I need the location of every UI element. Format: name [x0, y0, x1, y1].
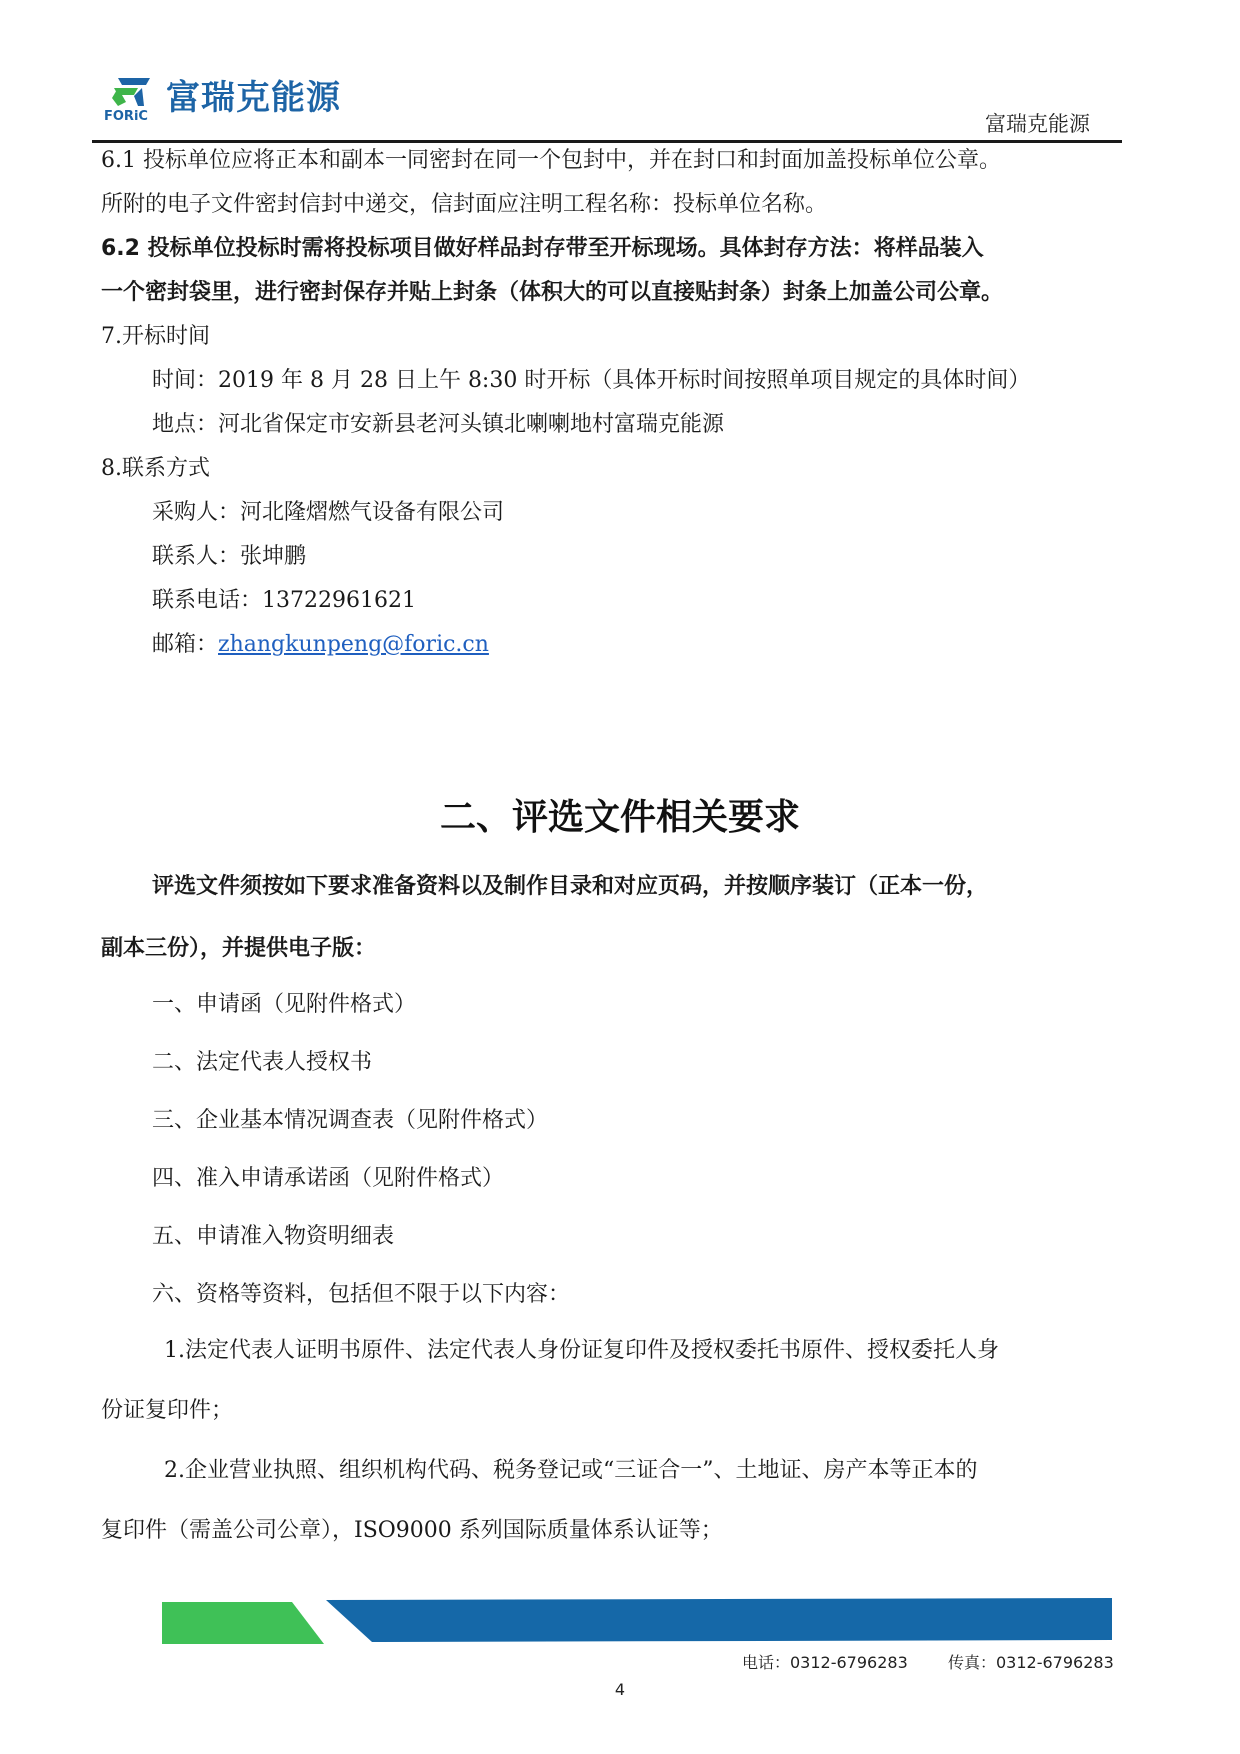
- footer-phone: 电话：0312-6796283: [742, 1650, 908, 1673]
- header-divider: [92, 140, 1122, 143]
- requirement-item: 一、申请函（见附件格式）: [152, 990, 416, 1020]
- svg-text:FORiC: FORiC: [104, 109, 148, 122]
- requirement-item: 六、资格等资料，包括但不限于以下内容：: [152, 1280, 570, 1310]
- opening-time: 时间：2019 年 8 月 28 日上午 8:30 时开标（具体开标时间按照单项…: [152, 366, 1030, 396]
- section-title: 二、评选文件相关要求: [0, 796, 1240, 840]
- buyer: 采购人：河北隆熠燃气设备有限公司: [152, 498, 504, 528]
- qualification-2-line-1: 2.企业营业执照、组织机构代码、税务登记或“三证合一”、土地证、房产本等正本的: [164, 1456, 978, 1486]
- qualification-1-line-2: 份证复印件；: [101, 1396, 233, 1426]
- email-label: 邮箱：: [152, 632, 218, 657]
- requirement-item: 二、法定代表人授权书: [152, 1048, 372, 1078]
- contact-heading: 8.联系方式: [101, 454, 210, 484]
- clause-6-1-line-2: 所附的电子文件密封信封中递交，信封面应注明工程名称：投标单位名称。: [101, 190, 827, 220]
- requirement-item: 四、准入申请承诺函（见附件格式）: [152, 1164, 504, 1194]
- clause-6-2-line-1: 6.2 投标单位投标时需将投标项目做好样品封存带至开标现场。具体封存方法：将样品…: [101, 234, 984, 264]
- opening-location: 地点：河北省保定市安新县老河头镇北喇喇地村富瑞克能源: [152, 410, 724, 440]
- clause-6-2-line-2: 一个密封袋里，进行密封保存并贴上封条（体积大的可以直接贴封条）封条上加盖公司公章…: [101, 278, 1003, 308]
- footer-fax: 传真：0312-6796283: [948, 1650, 1114, 1673]
- opening-time-heading: 7.开标时间: [101, 322, 210, 352]
- brand-name: 富瑞克能源: [166, 78, 341, 118]
- footer-color-bar: [162, 1598, 1112, 1644]
- contact-email-row: 邮箱：zhangkunpeng@foric.cn: [152, 630, 489, 660]
- header-company-name: 富瑞克能源: [985, 108, 1090, 138]
- contact-phone: 联系电话：13722961621: [152, 586, 416, 616]
- page-number: 4: [0, 1680, 1240, 1699]
- foric-logo-icon: FORiC: [104, 76, 164, 122]
- qualification-2-line-2: 复印件（需盖公司公章），ISO9000 系列国际质量体系认证等；: [101, 1516, 723, 1546]
- requirements-intro-line-2: 副本三份），并提供电子版：: [101, 934, 376, 964]
- qualification-1-line-1: 1.法定代表人证明书原件、法定代表人身份证复印件及授权委托书原件、授权委托人身: [164, 1336, 999, 1366]
- requirement-item: 五、申请准入物资明细表: [152, 1222, 394, 1252]
- document-page: FORiC 富瑞克能源 富瑞克能源 6.1 投标单位应将正本和副本一同密封在同一…: [0, 0, 1240, 1754]
- contact-person: 联系人：张坤鹏: [152, 542, 306, 572]
- requirements-intro-line-1: 评选文件须按如下要求准备资料以及制作目录和对应页码，并按顺序装订（正本一份，: [152, 872, 988, 902]
- email-link[interactable]: zhangkunpeng@foric.cn: [218, 632, 489, 657]
- requirement-item: 三、企业基本情况调查表（见附件格式）: [152, 1106, 548, 1136]
- clause-6-1-line-1: 6.1 投标单位应将正本和副本一同密封在同一个包封中，并在封口和封面加盖投标单位…: [101, 146, 1001, 176]
